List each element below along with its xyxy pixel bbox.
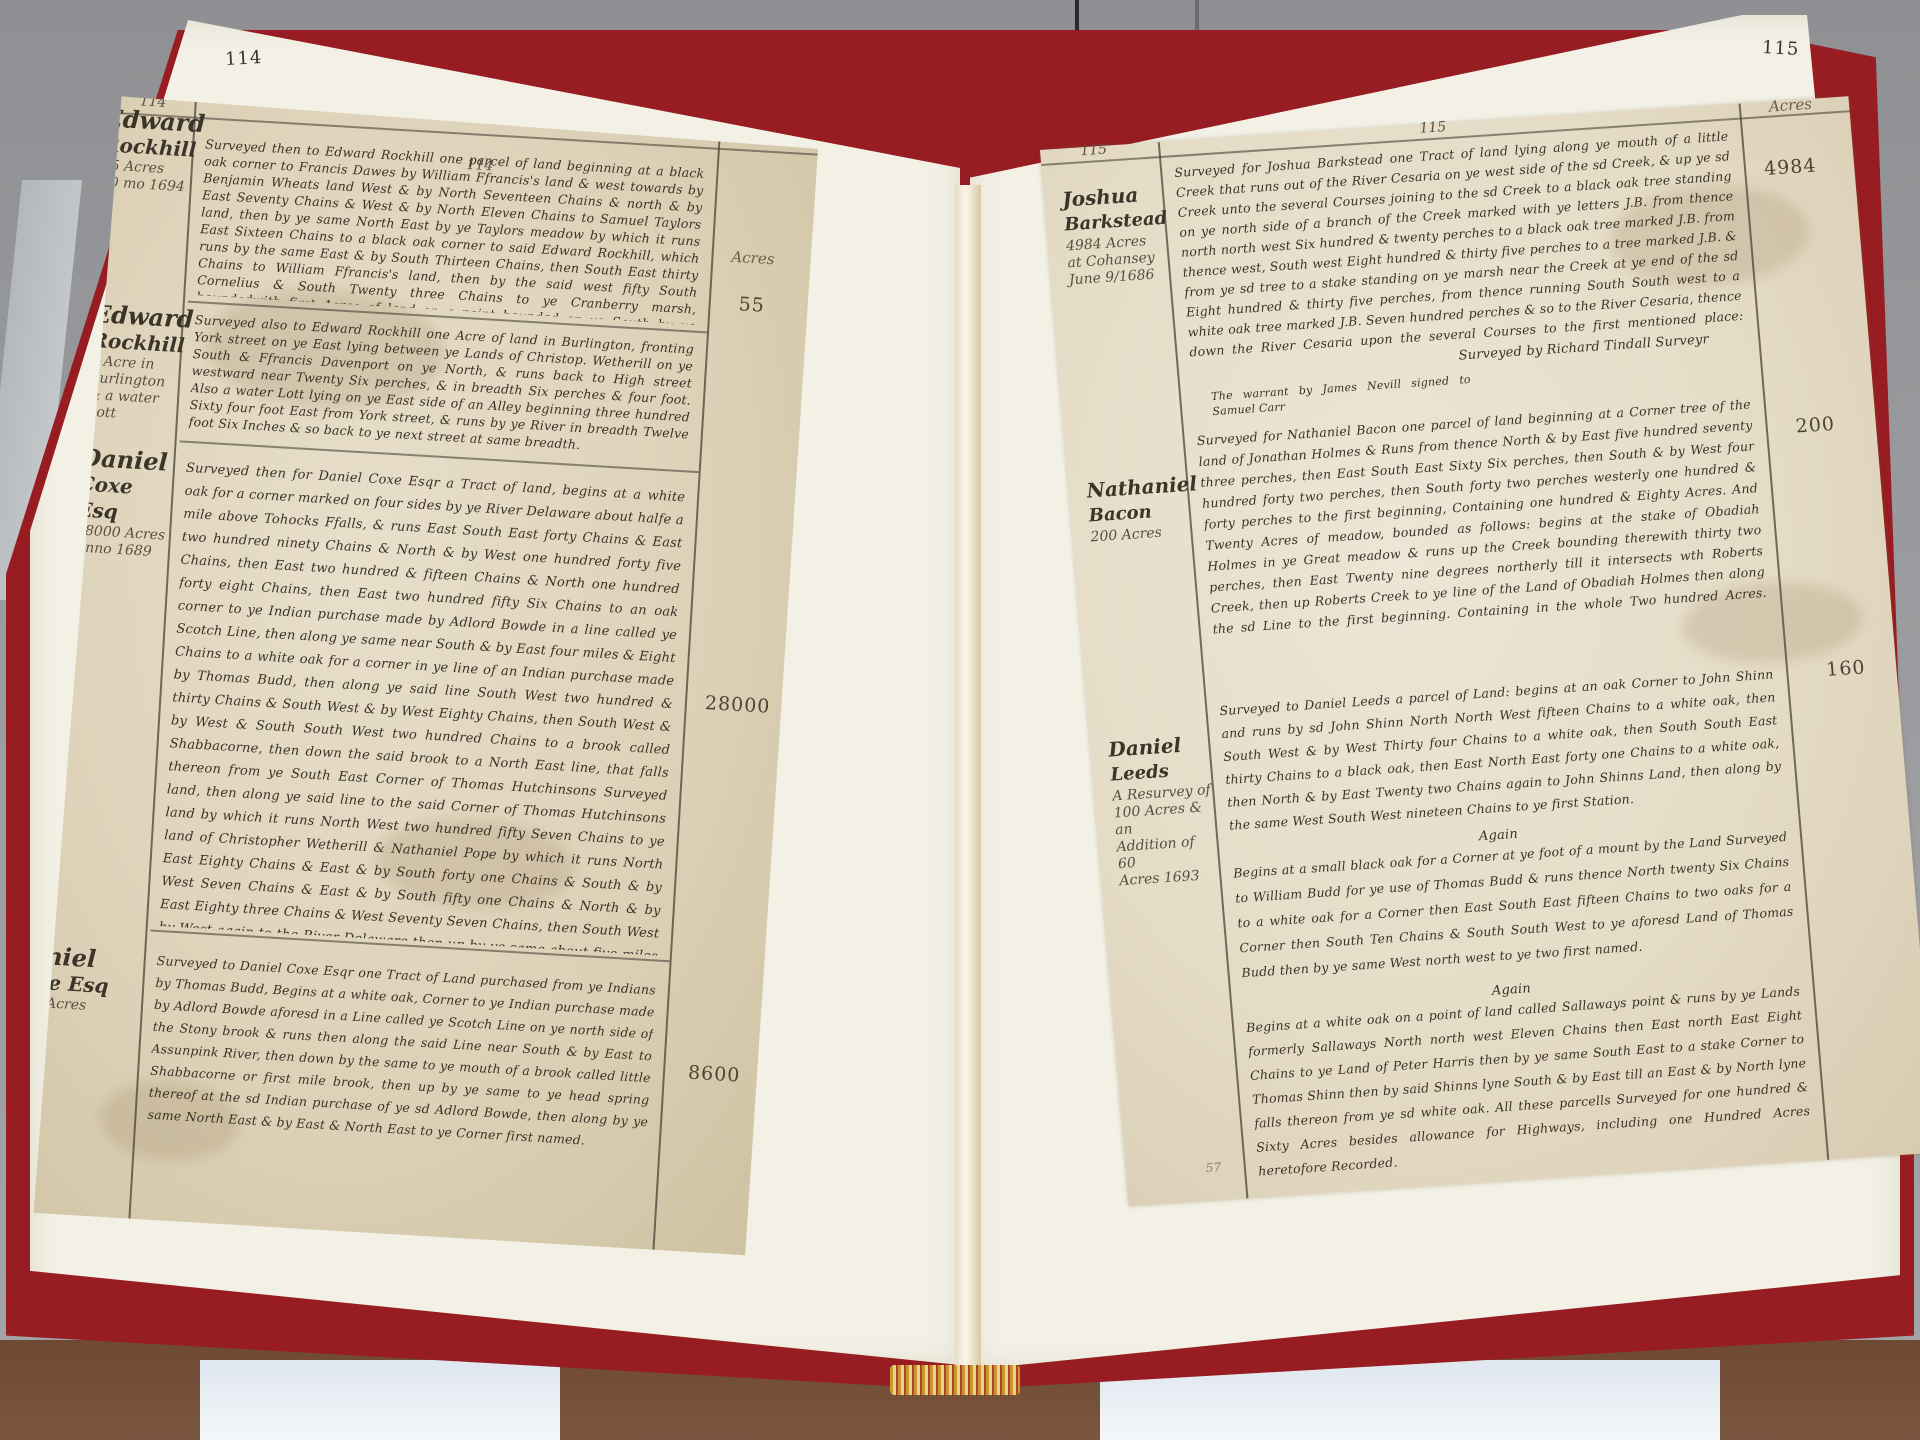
survey-description-continued: Begins at a white oak on a point of land… — [1245, 979, 1813, 1185]
acres-column-header: Acres — [1768, 95, 1812, 116]
manuscript-sheet-left: 114 114 Acres Edward Rockhill 55 Acres 1… — [34, 95, 819, 1256]
sheet-mark: 57 — [1205, 1160, 1221, 1175]
entry-detail: & a water Lott — [87, 387, 177, 426]
page-number-left: 114 — [224, 47, 262, 70]
survey-description: Surveyed also to Edward Rockhill one Acr… — [188, 311, 694, 460]
survey-description: Surveyed then for Daniel Coxe Esqr a Tra… — [159, 457, 686, 956]
acreage-value: 55 — [738, 293, 765, 317]
survey-description: Surveyed for Nathaniel Bacon one parcel … — [1196, 393, 1767, 639]
display-case-reflection — [200, 1360, 560, 1440]
survey-description-continued: Begins at a small black oak for a Corner… — [1232, 824, 1797, 990]
page-number-right: 115 — [1761, 37, 1799, 60]
survey-description: Surveyed for Joshua Barkstead one Tract … — [1174, 126, 1745, 362]
folio-number-center: 115 — [1419, 119, 1447, 137]
survey-description: Surveyed then to Edward Rockhill one par… — [196, 135, 705, 324]
acreage-value: 8600 — [687, 1062, 741, 1087]
book-headband — [890, 1365, 1020, 1395]
acreage-value: 4984 — [1763, 155, 1817, 180]
acreage-value: 160 — [1825, 656, 1866, 681]
manuscript-sheet-right: 115 115 Acres Joshua Barkstead 4984 Acre… — [1040, 96, 1920, 1206]
grantee-surname: Coxe Esq — [77, 470, 172, 527]
survey-description: Surveyed to Daniel Leeds a parcel of Lan… — [1219, 662, 1785, 838]
folio-number-corner: 115 — [1080, 142, 1108, 160]
acres-column-header: Acres — [731, 248, 775, 269]
book-gutter — [955, 185, 981, 1365]
survey-entry: Joshua Barkstead 4984 Acres at Cohansey … — [1061, 180, 1169, 289]
warrant-note: The warrant by James Nevill signed to Sa… — [1211, 372, 1473, 419]
survey-entry: Daniel Leeds A Resurvey of 100 Acres & a… — [1107, 730, 1220, 890]
acreage-value: 28000 — [704, 692, 771, 718]
survey-entry: Nathaniel Bacon 200 Acres — [1086, 471, 1192, 546]
survey-description: Surveyed to Daniel Coxe Esqr one Tract o… — [146, 950, 657, 1179]
acreage-value: 200 — [1795, 413, 1836, 438]
